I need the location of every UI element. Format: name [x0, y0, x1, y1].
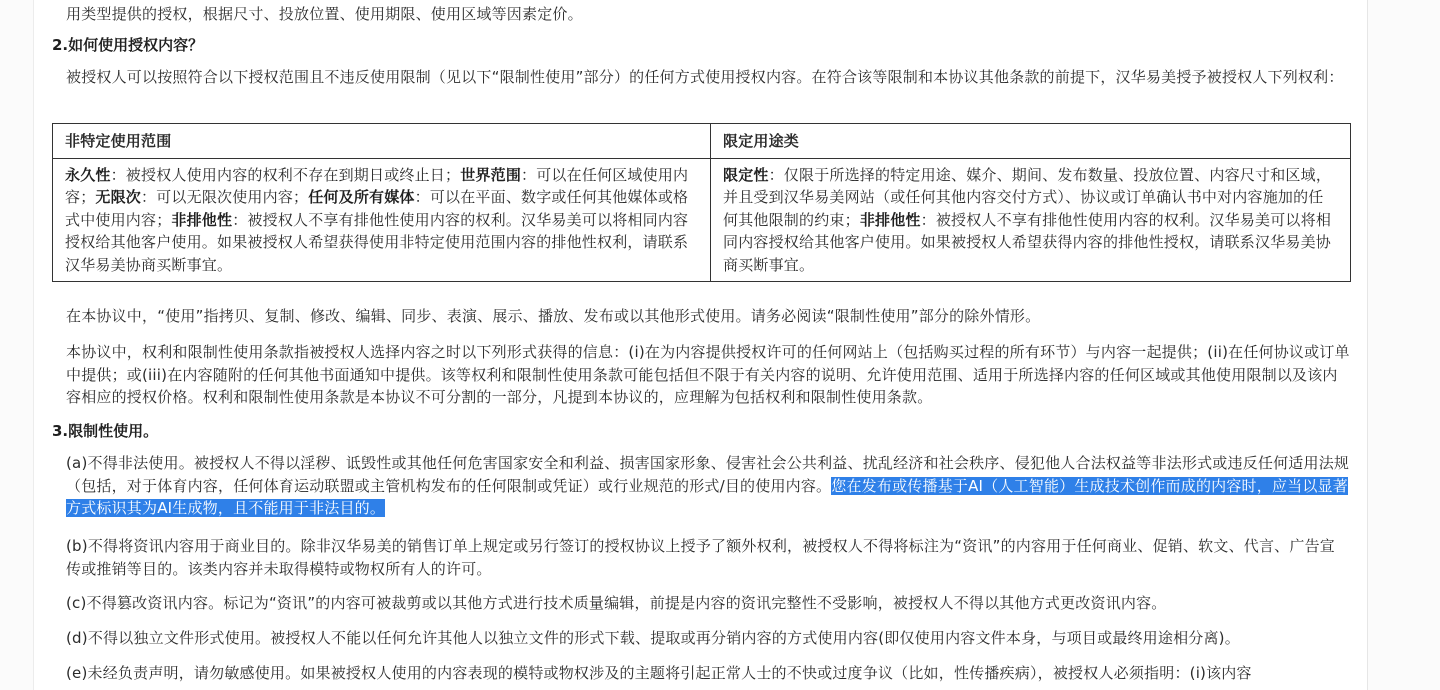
- term-text: ：可以无限次使用内容；: [141, 188, 308, 206]
- header-non-specific-scope: 非特定使用范围: [53, 124, 711, 159]
- section-2-intro: 被授权人可以按照符合以下授权范围且不违反使用限制（见以下“限制性使用”部分）的任…: [66, 66, 1350, 89]
- term-text: ：被授权人使用内容的权利不存在到期日或终止日；: [111, 166, 461, 184]
- section-3-heading: 3.限制性使用。: [52, 420, 158, 442]
- section-2-heading: 2.如何使用授权内容？: [52, 34, 203, 56]
- intro-paragraph-tail: 用类型提供的授权，根据尺寸、投放位置、使用期限、使用区域等因素定价。: [66, 3, 1350, 26]
- non-specific-scope-cell: 永久性：被授权人使用内容的权利不存在到期日或终止日；世界范围：可以在任何区域使用…: [53, 158, 711, 282]
- rights-table-row: 永久性：被授权人使用内容的权利不存在到期日或终止日；世界范围：可以在任何区域使用…: [53, 158, 1351, 282]
- restriction-b-paragraph: (b)不得将资讯内容用于商业目的。除非汉华易美的销售订单上规定或另行签订的授权协…: [66, 535, 1350, 580]
- term-all-media: 任何及所有媒体: [308, 188, 414, 206]
- use-definition-paragraph: 在本协议中，“使用”指拷贝、复制、修改、编辑、同步、表演、展示、播放、发布或以其…: [66, 305, 1350, 328]
- term-worldwide: 世界范围: [460, 166, 521, 184]
- restriction-d-paragraph: (d)不得以独立文件形式使用。被授权人不能以任何允许其他人以独立文件的形式下载、…: [66, 627, 1350, 650]
- term-non-exclusive: 非排他性: [860, 211, 921, 229]
- restriction-c-paragraph: (c)不得篡改资讯内容。标记为“资讯”的内容可被裁剪或以其他方式进行技术质量编辑…: [66, 592, 1350, 615]
- header-limited-use: 限定用途类: [711, 124, 1351, 159]
- rights-table: 非特定使用范围 限定用途类 永久性：被授权人使用内容的权利不存在到期日或终止日；…: [52, 123, 1351, 282]
- term-unlimited: 无限次: [95, 188, 141, 206]
- restriction-e-paragraph: (e)未经负责声明，请勿敏感使用。如果被授权人使用的内容表现的模特或物权涉及的主…: [66, 662, 1350, 668]
- restriction-a-paragraph: (a)不得非法使用。被授权人不得以淫秽、诋毁性或其他任何危害国家安全和利益、损害…: [66, 452, 1350, 520]
- term-limited: 限定性: [723, 166, 769, 184]
- limited-use-cell: 限定性：仅限于所选择的特定用途、媒介、期间、发布数量、投放位置、内容尺寸和区域，…: [711, 158, 1351, 282]
- term-perpetual: 永久性: [65, 166, 111, 184]
- rights-table-header-row: 非特定使用范围 限定用途类: [53, 124, 1351, 159]
- terms-definition-paragraph: 本协议中，权利和限制性使用条款指被授权人选择内容之时以下列形式获得的信息：(i)…: [66, 341, 1350, 409]
- term-non-exclusive: 非排他性: [171, 211, 232, 229]
